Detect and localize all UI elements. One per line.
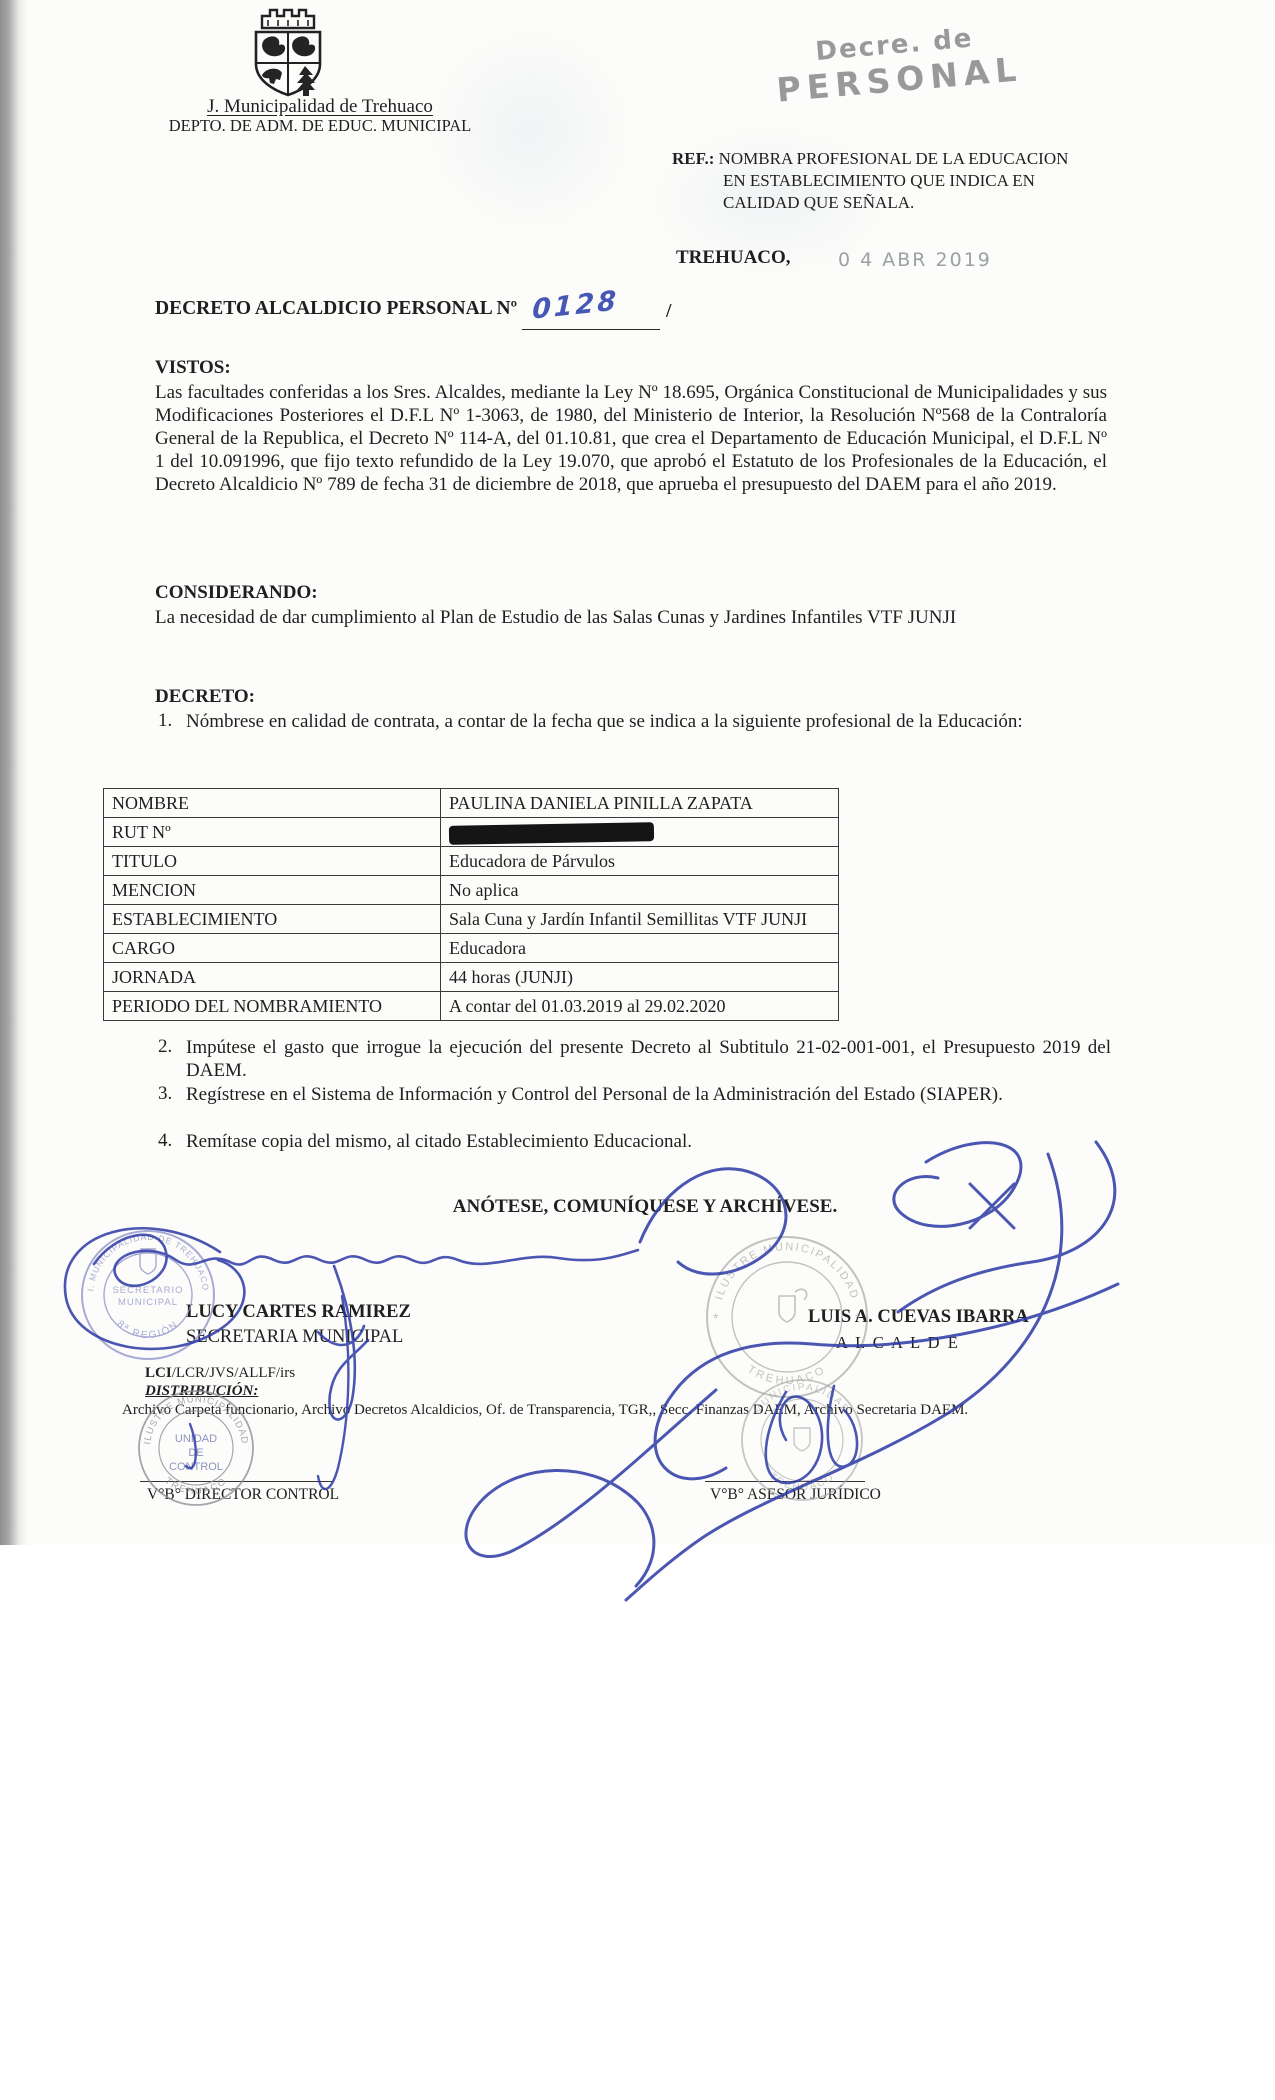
decreto-item4-number: 4. <box>158 1130 172 1152</box>
row-label: PERIODO DEL NOMBRAMIENTO <box>104 992 441 1021</box>
ref-line1: NOMBRA PROFESIONAL DE LA EDUCACION <box>719 149 1069 168</box>
secretary-title: SECRETARIA MUNICIPAL <box>186 1327 403 1348</box>
redaction-bar <box>449 822 654 845</box>
vb-legal-line <box>705 1481 865 1482</box>
row-label: NOMBRE <box>104 789 441 818</box>
decreto-item3-number: 3. <box>158 1083 172 1105</box>
drafting-initials: LCI/LCR/JVS/ALLF/irs <box>145 1365 295 1382</box>
ref-line3: CALIDAD QUE SEÑALA. <box>672 192 1092 214</box>
row-label: JORNADA <box>104 963 441 992</box>
vb-control-line <box>140 1481 332 1482</box>
closing-formula: ANÓTESE, COMUNÍQUESE Y ARCHÍVESE. <box>300 1196 990 1218</box>
decreto-heading: DECRETO: <box>155 686 255 708</box>
considerando-body: La necesidad de dar cumplimiento al Plan… <box>155 606 1095 629</box>
considerando-heading: CONSIDERANDO: <box>155 582 318 604</box>
table-row: MENCIONNo aplica <box>104 876 839 905</box>
decreto-item2-text: Impútese el gasto que irrogue la ejecuci… <box>186 1036 1111 1082</box>
decreto-item1-number: 1. <box>158 710 172 732</box>
row-label: CARGO <box>104 934 441 963</box>
table-row: JORNADA44 horas (JUNJI) <box>104 963 839 992</box>
decreto-item1-text: Nómbrese en calidad de contrata, a conta… <box>186 710 1111 733</box>
distribution-label: DISTRIBUCIÓN: <box>145 1383 258 1400</box>
ref-label: REF.: <box>672 149 714 168</box>
row-value: Sala Cuna y Jardín Infantil Semillitas V… <box>441 905 839 934</box>
ref-line2: EN ESTABLECIMIENTO QUE INDICA EN <box>672 170 1092 192</box>
vistos-heading: VISTOS: <box>155 357 231 379</box>
mayor-name: LUIS A. CUEVAS IBARRA <box>808 1307 1029 1328</box>
table-row: PERIODO DEL NOMBRAMIENTOA contar del 01.… <box>104 992 839 1021</box>
decreto-item3-text: Regístrese en el Sistema de Información … <box>186 1083 1111 1106</box>
appointment-table: NOMBREPAULINA DANIELA PINILLA ZAPATA RUT… <box>103 788 839 1021</box>
scanner-edge-shadow <box>0 0 28 1545</box>
decreto-item2-number: 2. <box>158 1036 172 1058</box>
row-value: No aplica <box>441 876 839 905</box>
row-value: PAULINA DANIELA PINILLA ZAPATA <box>441 789 839 818</box>
rut-redaction-cell <box>441 818 839 847</box>
decree-title-slash: / <box>666 301 671 323</box>
row-value: 44 horas (JUNJI) <box>441 963 839 992</box>
drafting-initials-bold: LCI <box>145 1365 172 1381</box>
table-row: CARGOEducadora <box>104 934 839 963</box>
department-name: DEPTO. DE ADM. DE EDUC. MUNICIPAL <box>160 116 480 136</box>
row-label: RUT Nº <box>104 818 441 847</box>
row-value: Educadora <box>441 934 839 963</box>
row-label: ESTABLECIMIENTO <box>104 905 441 934</box>
municipal-coat-of-arms-icon <box>248 8 328 100</box>
drafting-initials-rest: /LCR/JVS/ALLF/irs <box>172 1365 295 1381</box>
vistos-body: Las facultades conferidas a los Sres. Al… <box>155 381 1107 496</box>
vb-control-label: V°B° DIRECTOR CONTROL <box>147 1486 339 1504</box>
row-label: MENCION <box>104 876 441 905</box>
distribution-list: Archivo Carpeta funcionario, Archivo Dec… <box>122 1402 968 1419</box>
municipality-name: J. Municipalidad de Trehuaco <box>175 96 465 118</box>
ref-block: REF.: NOMBRA PROFESIONAL DE LA EDUCACION… <box>672 148 1092 214</box>
mayor-title: A L C A L D E <box>836 1333 960 1353</box>
scanned-decree-page: J. Municipalidad de Trehuaco DEPTO. DE A… <box>0 0 1275 2100</box>
decree-title-label: DECRETO ALCALDICIO PERSONAL Nº <box>155 298 517 320</box>
secretary-name: LUCY CARTES RAMIREZ <box>186 1302 411 1323</box>
table-row: RUT Nº <box>104 818 839 847</box>
table-row: ESTABLECIMIENTOSala Cuna y Jardín Infant… <box>104 905 839 934</box>
table-row: NOMBREPAULINA DANIELA PINILLA ZAPATA <box>104 789 839 818</box>
place-label: TREHUACO, <box>676 247 791 269</box>
vb-legal-label: V°B° ASESOR JURÍDICO <box>710 1486 881 1504</box>
date-stamp: 0 4 ABR 2019 <box>838 249 992 271</box>
table-row: TITULOEducadora de Párvulos <box>104 847 839 876</box>
decree-number-line <box>522 329 660 330</box>
decreto-item4-text: Remítase copia del mismo, al citado Esta… <box>186 1130 1111 1153</box>
row-value: Educadora de Párvulos <box>441 847 839 876</box>
row-label: TITULO <box>104 847 441 876</box>
row-value: A contar del 01.03.2019 al 29.02.2020 <box>441 992 839 1021</box>
